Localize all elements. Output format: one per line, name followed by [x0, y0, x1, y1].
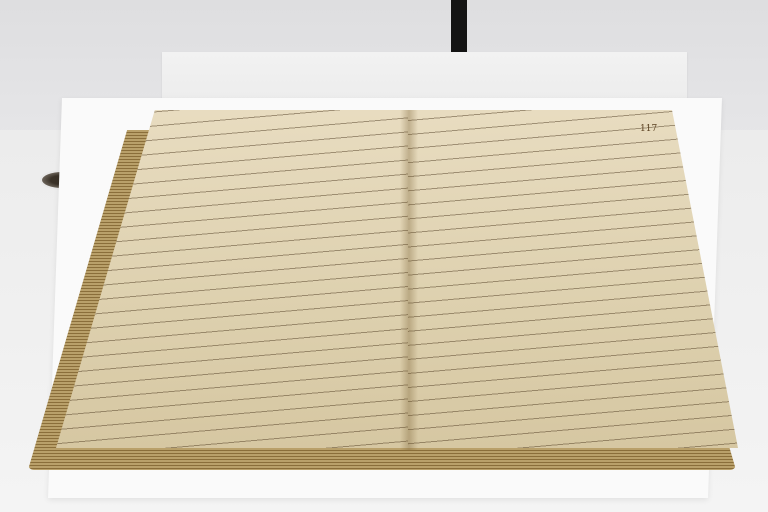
- handwriting-lines: [56, 110, 408, 448]
- display-pole: [451, 0, 467, 52]
- book-gutter: [400, 110, 418, 450]
- left-page: [56, 110, 409, 448]
- open-ledger-book: [28, 110, 738, 475]
- page-number: 117: [640, 124, 657, 134]
- right-page: [408, 110, 738, 448]
- handwriting-lines: [408, 110, 738, 448]
